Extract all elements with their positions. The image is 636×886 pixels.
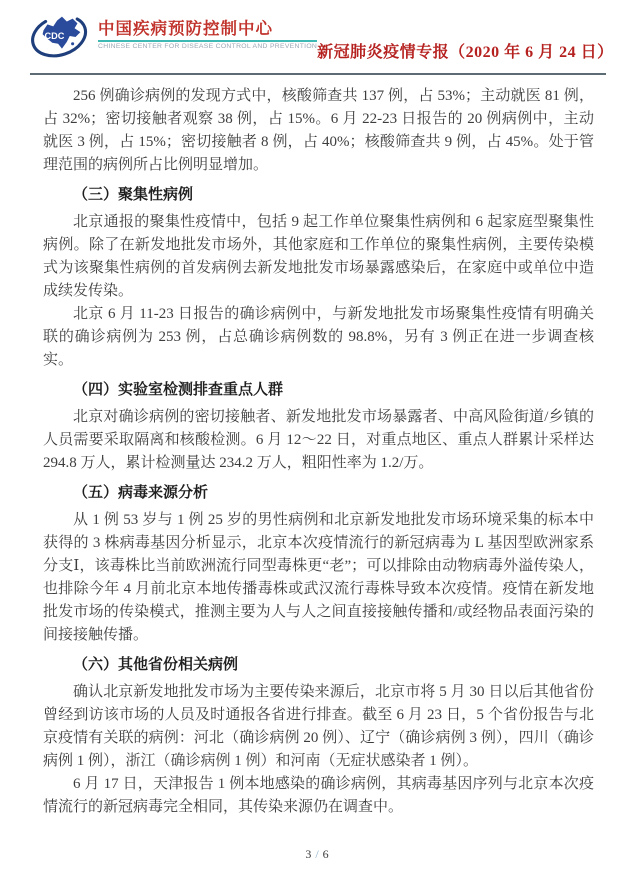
- paragraph: 确认北京新发地批发市场为主要传染来源后，北京市将 5 月 30 日以后其他省份曾…: [43, 681, 594, 773]
- page-separator: /: [313, 847, 322, 861]
- report-title: 新冠肺炎疫情专报（2020 年 6 月 24 日）: [317, 39, 614, 64]
- header: CDC 中国疾病预防控制中心 CHINESE CENTER FOR DISEAS…: [0, 0, 636, 64]
- section-heading: （三）聚集性病例: [43, 184, 594, 207]
- section-heading: （六）其他省份相关病例: [43, 654, 594, 677]
- document-body: 256 例确诊病例的发现方式中，核酸筛查共 137 例，占 53%；主动就医 8…: [0, 75, 636, 819]
- paragraph: 6 月 17 日，天津报告 1 例本地感染的确诊病例，其病毒基因序列与北京本次疫…: [43, 773, 594, 819]
- org-name-cn: 中国疾病预防控制中心: [98, 21, 317, 38]
- section-heading: （五）病毒来源分析: [43, 482, 594, 505]
- cdc-logo-text: CDC: [45, 31, 65, 41]
- page-total: 6: [323, 847, 331, 861]
- paragraph: 北京 6 月 11-23 日报告的确诊病例中，与新发地批发市场聚集性疫情有明确关…: [43, 303, 594, 372]
- footer: 3/6: [0, 847, 636, 862]
- org-name-en: CHINESE CENTER FOR DISEASE CONTROL AND P…: [98, 44, 317, 51]
- paragraph: 北京对确诊病例的密切接触者、新发地批发市场暴露者、中高风险街道/乡镇的人员需要采…: [43, 406, 594, 475]
- cdc-logo-icon: CDC: [30, 8, 92, 64]
- section-heading: （四）实验室检测排查重点人群: [43, 379, 594, 402]
- teal-divider: [98, 40, 317, 42]
- paragraph: 256 例确诊病例的发现方式中，核酸筛查共 137 例，占 53%；主动就医 8…: [43, 85, 594, 177]
- org-names: 中国疾病预防控制中心 CHINESE CENTER FOR DISEASE CO…: [98, 21, 317, 51]
- cdc-logo: CDC 中国疾病预防控制中心 CHINESE CENTER FOR DISEAS…: [30, 8, 317, 64]
- paragraph: 从 1 例 53 岁与 1 例 25 岁的男性病例和北京新发地批发市场环境采集的…: [43, 509, 594, 647]
- paragraph: 北京通报的聚集性疫情中，包括 9 起工作单位聚集性病例和 6 起家庭型聚集性病例…: [43, 211, 594, 303]
- document-page: CDC 中国疾病预防控制中心 CHINESE CENTER FOR DISEAS…: [0, 0, 636, 886]
